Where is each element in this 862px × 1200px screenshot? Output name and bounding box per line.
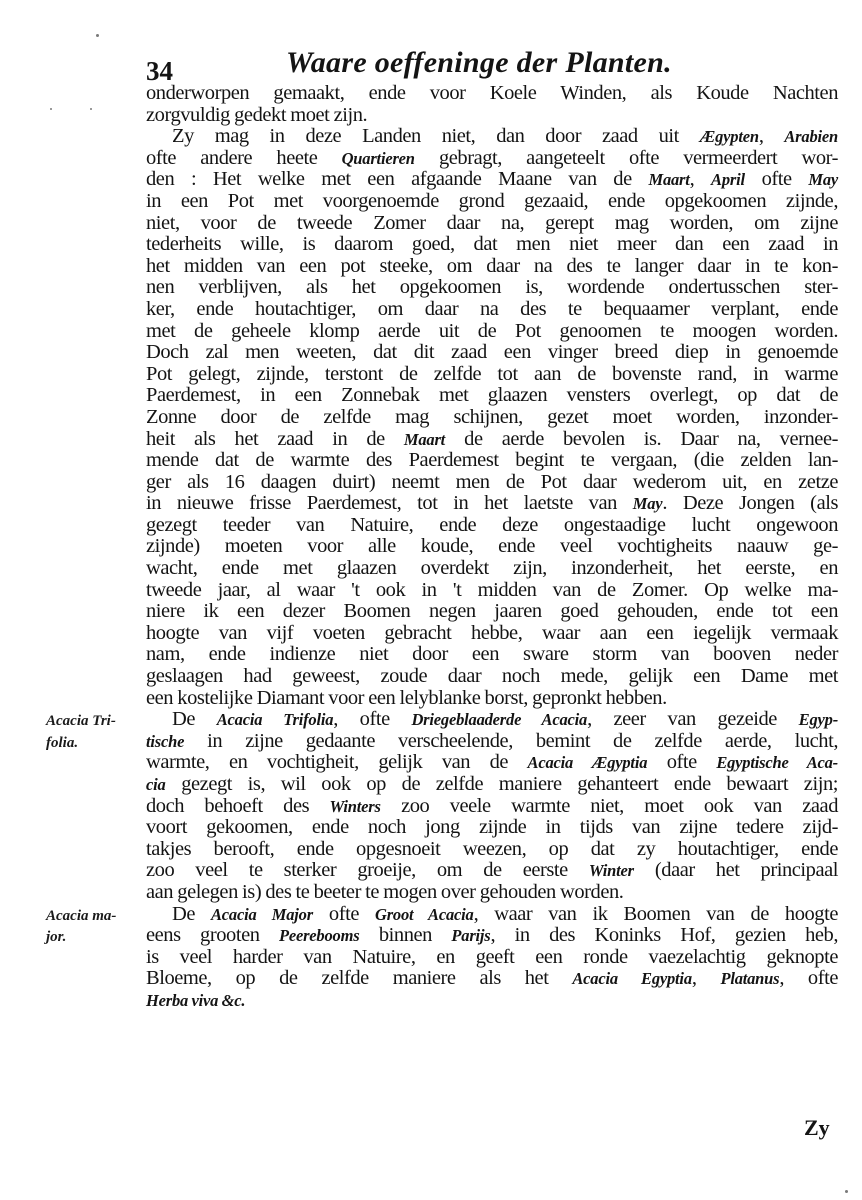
text-line: geslaagen had geweest, zoude daar noch m… [146,666,838,688]
text-run: Zy mag in deze Landen niet, dan door zaa… [172,125,700,147]
text-run: zoo veel te sterker groeije, om de eerst… [146,859,589,881]
print-speck [50,108,52,110]
text-line: onderworpen gemaakt, ende voor Koele Win… [146,83,838,105]
text-run: voort gekoomen, ende noch jong zijnde in… [146,816,838,838]
italic-term: Parijs [451,926,490,945]
text-run: heit als het zaad in de [146,428,404,450]
italic-term: Acacia Trifolia [217,710,334,729]
text-line: wacht, ende met glaazen overdekt zijn, i… [146,558,838,580]
text-run: ger als 16 daagen duirt) neemt men de Po… [146,471,838,493]
text-line: ger als 16 daagen duirt) neemt men de Po… [146,472,838,494]
text-run: ker, ende houtachtiger, om daar na des t… [146,298,838,320]
text-run: , [692,967,721,989]
text-line: De Acacia Major ofte Groot Acacia, waar … [146,904,838,926]
text-line: nam, ende indienze niet door een sware s… [146,644,838,666]
text-run: warmte, en vochtigheit, gelijk van de [146,751,528,773]
text-run: , [690,168,711,190]
text-run: Doch zal men weeten, dat dit zaad een vi… [146,341,838,363]
text-line: met de geheele klomp aerde uit de Pot ge… [146,321,838,343]
text-line: het midden van een pot steeke, om daar n… [146,256,838,278]
text-run: , ofte [779,967,838,989]
italic-term: Maart [648,170,689,189]
text-run: tweede jaar, al waar 't ook in 't midden… [146,579,838,601]
italic-term: May [808,170,838,189]
text-line: Herba viva &c. [146,990,838,1012]
italic-term: Egyptische Aca- [716,753,838,772]
text-line: Doch zal men weeten, dat dit zaad een vi… [146,342,838,364]
text-run: Bloeme, op de zelfde maniere als het [146,967,572,989]
text-run: gezegt teeder van Natuire, ende deze ong… [146,514,838,536]
text-run: doch behoeft des [146,795,330,817]
margin-note-acacia-major: Acacia ma-jor. [46,906,136,949]
text-line: mende dat de warmte des Paerdemest begin… [146,450,838,472]
text-line: eens grooten Peerebooms binnen Parijs, i… [146,925,838,947]
italic-term: Winters [330,797,381,816]
text-line: voort gekoomen, ende noch jong zijnde in… [146,817,838,839]
italic-term: Acacia Egyptia [572,969,692,988]
italic-term: cia [146,775,166,794]
text-run: Paerdemest, in een Zonnebak met glaazen … [146,384,838,406]
text-run: gebragt, aangeteelt ofte vermeerdert wor… [415,147,838,169]
text-run: binnen [359,924,451,946]
text-run: tederheits wille, is daarom goed, dat me… [146,233,838,255]
text-run: wacht, ende met glaazen overdekt zijn, i… [146,557,838,579]
print-speck [96,34,99,37]
text-run: het midden van een pot steeke, om daar n… [146,255,838,277]
print-speck [845,1190,848,1193]
text-run: takjes berooft, ende opgesnoeit weezen, … [146,838,838,860]
text-run: een kostelijke Diamant voor een lelyblan… [146,687,667,709]
running-head: 34 Waare oeffeninge der Planten. [146,46,846,86]
text-run: aan gelegen is) des te beeter te mogen o… [146,881,623,903]
text-run: geslaagen had geweest, zoude daar noch m… [146,665,838,687]
italic-term: tische [146,732,184,751]
text-run: niet, voor de tweede Zomer daar na, gere… [146,212,838,234]
text-run: in zijne gedaante verscheelende, bemint … [184,730,838,752]
italic-term: Quartieren [342,149,415,168]
text-run: . Deze Jongen (als [662,492,838,514]
text-run: de aerde bevolen is. Daar na, vernee- [445,428,838,450]
catchword: Zy [804,1116,830,1140]
text-line: Zy mag in deze Landen niet, dan door zaa… [146,126,838,148]
text-run: in een Pot met voorgenoemde grond gezaai… [146,190,838,212]
text-line: nen verblijven, als het opgekoomen is, w… [146,277,838,299]
text-line: De Acacia Trifolia, ofte Driegeblaaderde… [146,709,838,731]
text-line: niere ik een dezer Boomen negen jaaren g… [146,601,838,623]
text-line: tische in zijne gedaante verscheelende, … [146,731,838,753]
text-run: ofte andere heete [146,147,342,169]
running-title: Waare oeffeninge der Planten. [286,46,672,80]
text-run: hoogte van vijf voeten gebracht hebbe, w… [146,622,838,644]
italic-term: Acacia Ægyptia [528,753,648,772]
text-line: Zonne door de zelfde mag schijnen, gezet… [146,407,838,429]
italic-term: Peerebooms [279,926,359,945]
text-line: aan gelegen is) des te beeter te mogen o… [146,882,838,904]
margin-note-acacia-trifolia: Acacia Tri-folia. [46,711,136,754]
text-run: De [172,903,211,925]
text-line: ker, ende houtachtiger, om daar na des t… [146,299,838,321]
text-line: gezegt teeder van Natuire, ende deze ong… [146,515,838,537]
text-line: takjes berooft, ende opgesnoeit weezen, … [146,839,838,861]
text-run: Pot gelegt, zijnde, terstont de zelfde t… [146,363,838,385]
text-line: Bloeme, op de zelfde maniere als het Aca… [146,968,838,990]
text-line: een kostelijke Diamant voor een lelyblan… [146,688,838,710]
text-line: zijnde) moeten voor alle koude, ende vee… [146,536,838,558]
text-run: niere ik een dezer Boomen negen jaaren g… [146,600,838,622]
text-run: onderworpen gemaakt, ende voor Koele Win… [146,82,838,104]
text-line: zorgvuldig gedekt moet zijn. [146,105,838,127]
text-run: zoo veele warmte niet, moet ook van zaad [381,795,838,817]
text-line: tweede jaar, al waar 't ook in 't midden… [146,580,838,602]
text-run: (daar het principaal [634,859,838,881]
text-run: nen verblijven, als het opgekoomen is, w… [146,276,838,298]
italic-term: Maart [404,430,445,449]
text-line: in nieuwe frisse Paerdemest, tot in het … [146,493,838,515]
text-line: Pot gelegt, zijnde, terstont de zelfde t… [146,364,838,386]
italic-term: Platanus [720,969,779,988]
text-run: met de geheele klomp aerde uit de Pot ge… [146,320,838,342]
text-run: mende dat de warmte des Paerdemest begin… [146,449,838,471]
text-line: cia gezegt is, wil ook op de zelfde mani… [146,774,838,796]
text-run: in nieuwe frisse Paerdemest, tot in het … [146,492,633,514]
italic-term: Acacia Major [211,905,313,924]
italic-term: Herba viva &c. [146,991,245,1010]
italic-term: April [711,170,745,189]
page-number: 34 [146,58,173,85]
body-text: onderworpen gemaakt, ende voor Koele Win… [146,83,838,1012]
text-line: doch behoeft des Winters zoo veele warmt… [146,796,838,818]
text-line: den : Het welke met een afgaande Maane v… [146,169,838,191]
text-line: warmte, en vochtigheit, gelijk van de Ac… [146,752,838,774]
text-run: nam, ende indienze niet door een sware s… [146,643,838,665]
text-run: den : Het welke met een afgaande Maane v… [146,168,648,190]
text-line: zoo veel te sterker groeije, om de eerst… [146,860,838,882]
text-run: , waar van ik Boomen van de hoogte [474,903,838,925]
text-run: , [759,125,785,147]
text-line: heit als het zaad in de Maart de aerde b… [146,429,838,451]
text-run: De [172,708,217,730]
text-run: ofte [745,168,808,190]
text-line: niet, voor de tweede Zomer daar na, gere… [146,213,838,235]
italic-term: Arabien [784,127,838,146]
text-line: hoogte van vijf voeten gebracht hebbe, w… [146,623,838,645]
print-speck [90,108,92,110]
text-run: Zonne door de zelfde mag schijnen, gezet… [146,406,838,428]
book-page: 34 Waare oeffeninge der Planten. onderwo… [0,0,862,1200]
italic-term: Ægypten [700,127,759,146]
text-run: is veel harder van Natuire, en geeft een… [146,946,838,968]
text-run: , zeer van gezeide [587,708,799,730]
text-run: , in des Koninks Hof, gezien heb, [491,924,838,946]
italic-term: Groot Acacia [375,905,474,924]
text-run: gezegt is, wil ook op de zelfde maniere … [166,773,838,795]
text-run: , ofte [333,708,411,730]
italic-term: Winter [589,861,634,880]
text-line: in een Pot met voorgenoemde grond gezaai… [146,191,838,213]
text-run: zijnde) moeten voor alle koude, ende vee… [146,535,838,557]
italic-term: Egyp- [799,710,838,729]
text-run: zorgvuldig gedekt moet zijn. [146,104,367,126]
text-run: eens grooten [146,924,279,946]
text-run: ofte [647,751,716,773]
text-line: ofte andere heete Quartieren gebragt, aa… [146,148,838,170]
text-line: tederheits wille, is daarom goed, dat me… [146,234,838,256]
italic-term: May [633,494,663,513]
text-run: ofte [313,903,375,925]
text-line: Paerdemest, in een Zonnebak met glaazen … [146,385,838,407]
italic-term: Driegeblaaderde Acacia [411,710,587,729]
text-line: is veel harder van Natuire, en geeft een… [146,947,838,969]
